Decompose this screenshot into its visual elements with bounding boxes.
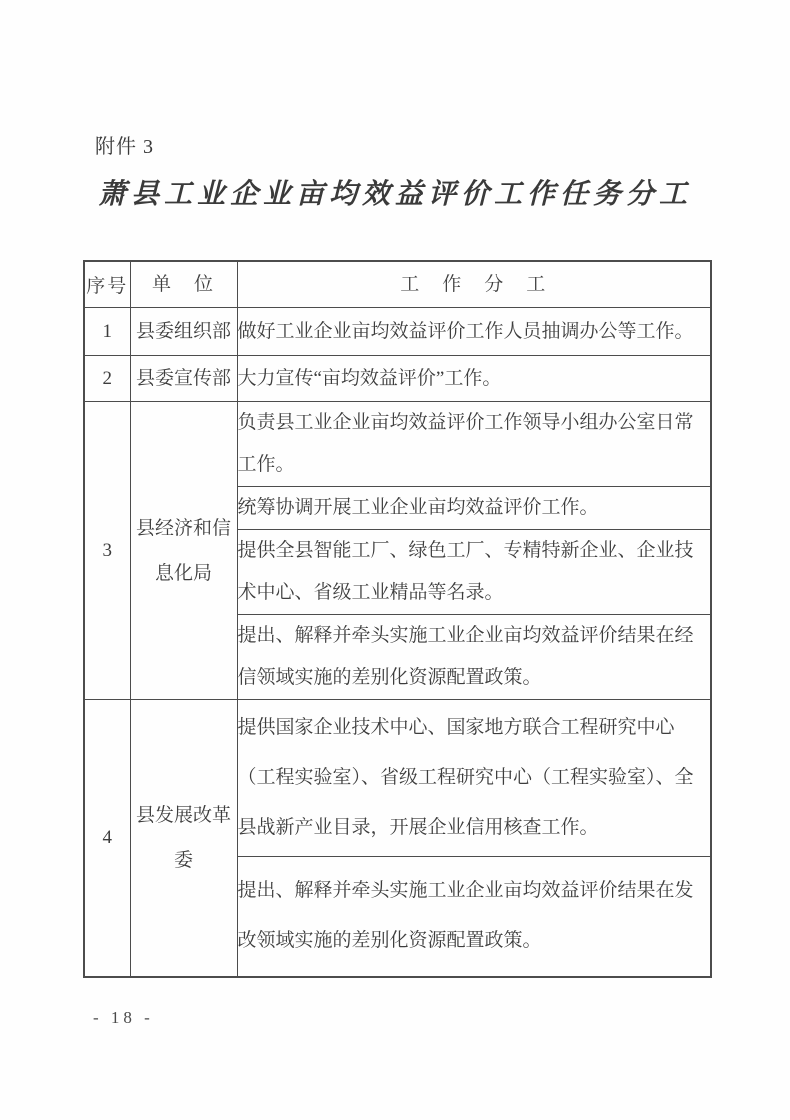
task-cell: 提出、解释并牵头实施工业企业亩均效益评价结果在发改领域实施的差别化资源配置政策。 [237, 857, 711, 977]
task-cell: 做好工业企业亩均效益评价工作人员抽调办公等工作。 [237, 308, 711, 356]
table-row: 2 县委宣传部 大力宣传“亩均效益评价”工作。 [84, 356, 711, 402]
row-index: 1 [84, 308, 130, 356]
task-cell: 提供国家企业技术中心、国家地方联合工程研究中心（工程实验室）、省级工程研究中心（… [237, 700, 711, 857]
document-page: 附件 3 萧县工业企业亩均效益评价工作任务分工 序号 单 位 工 作 分 工 1… [0, 0, 790, 1120]
task-cell: 提供全县智能工厂、绿色工厂、专精特新企业、企业技术中心、省级工业精品等名录。 [237, 530, 711, 615]
document-title: 萧县工业企业亩均效益评价工作任务分工 [0, 172, 790, 212]
table-row: 1 县委组织部 做好工业企业亩均效益评价工作人员抽调办公等工作。 [84, 308, 711, 356]
row-index: 2 [84, 356, 130, 402]
header-unit: 单 位 [130, 261, 237, 308]
page-number: - 18 - [93, 1008, 154, 1028]
unit-cell: 县经济和信 息化局 [130, 402, 237, 700]
task-division-table: 序号 单 位 工 作 分 工 1 县委组织部 做好工业企业亩均效益评价工作人员抽… [83, 260, 712, 978]
unit-cell: 县委宣传部 [130, 356, 237, 402]
table-row: 4 县发展改革 委 提供国家企业技术中心、国家地方联合工程研究中心（工程实验室）… [84, 700, 711, 857]
task-cell: 统筹协调开展工业企业亩均效益评价工作。 [237, 487, 711, 530]
task-cell: 负责县工业企业亩均效益评价工作领导小组办公室日常工作。 [237, 402, 711, 487]
header-division: 工 作 分 工 [237, 261, 711, 308]
task-cell: 大力宣传“亩均效益评价”工作。 [237, 356, 711, 402]
task-cell: 提出、解释并牵头实施工业企业亩均效益评价结果在经信领域实施的差别化资源配置政策。 [237, 615, 711, 700]
attachment-label: 附件 3 [95, 130, 154, 159]
unit-cell: 县委组织部 [130, 308, 237, 356]
table-row: 3 县经济和信 息化局 负责县工业企业亩均效益评价工作领导小组办公室日常工作。 [84, 402, 711, 487]
row-index: 4 [84, 700, 130, 977]
unit-cell: 县发展改革 委 [130, 700, 237, 977]
table-header-row: 序号 单 位 工 作 分 工 [84, 261, 711, 308]
header-index: 序号 [84, 261, 130, 308]
row-index: 3 [84, 402, 130, 700]
